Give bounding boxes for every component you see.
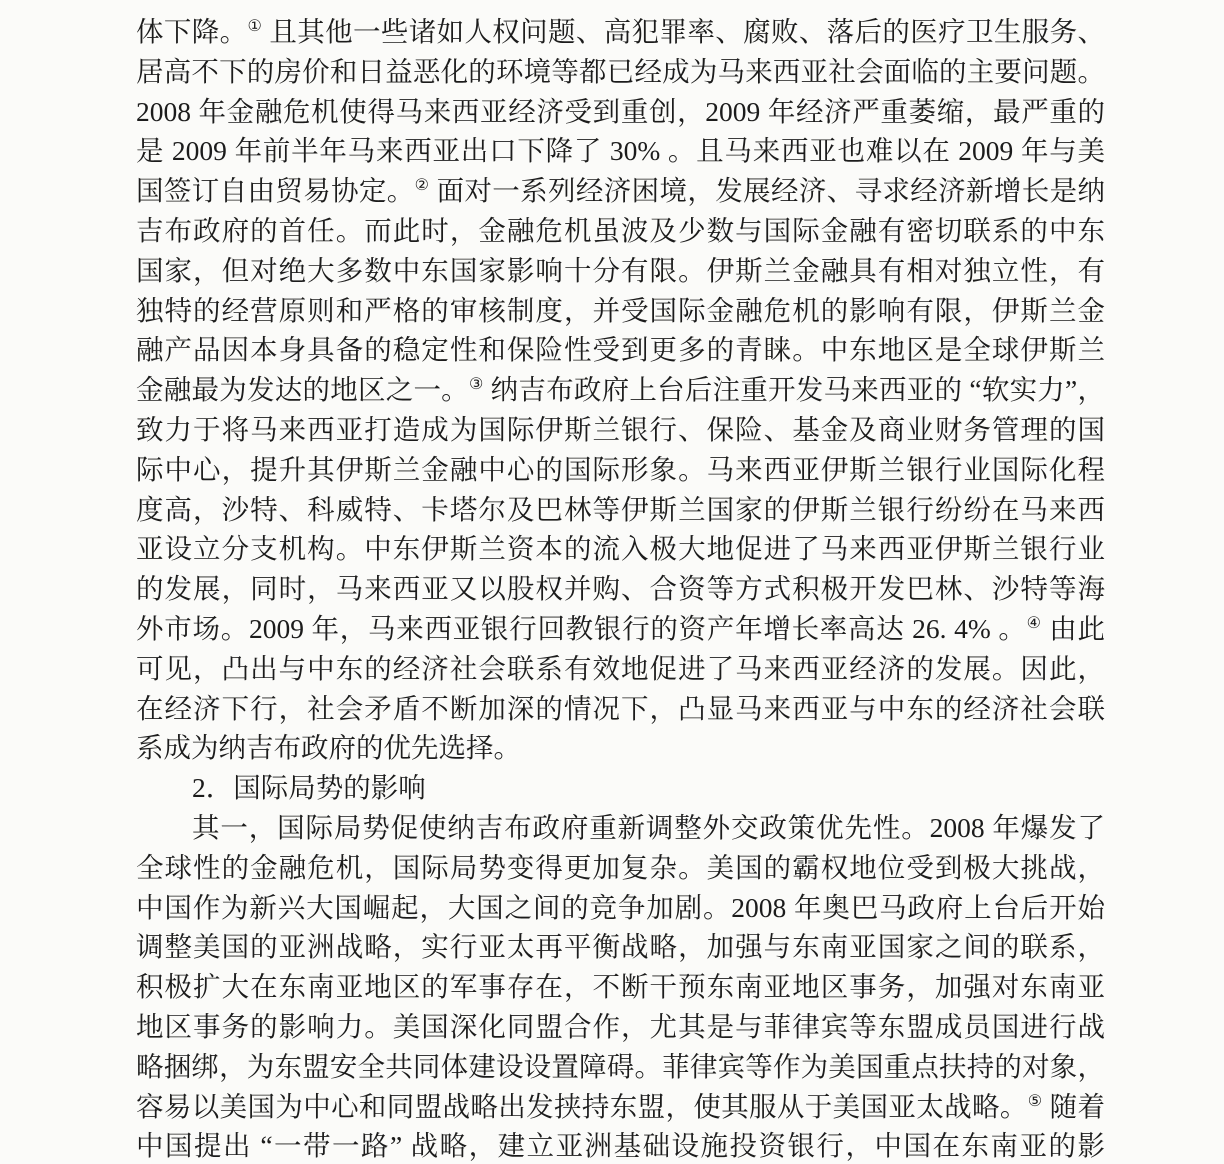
text-line: 体下降。① 且其他一些诸如人权问题、高犯罪率、腐败、落后的医疗卫生服务、 xyxy=(136,12,1105,52)
text-line: 调整美国的亚洲战略，实行亚太再平衡战略，加强与东南亚国家之间的联系， xyxy=(136,927,1105,967)
text-line: 度高，沙特、科威特、卡塔尔及巴林等伊斯兰国家的伊斯兰银行纷纷在马来西 xyxy=(136,490,1105,530)
footnote-marker: ① xyxy=(247,18,262,35)
text-line: 2．国际局势的影响 xyxy=(136,768,1105,808)
footnote-marker: ③ xyxy=(469,376,484,393)
text-line: 致力于将马来西亚打造成为国际伊斯兰银行、保险、基金及商业财务管理的国 xyxy=(136,410,1105,450)
text-line: 居高不下的房价和日益恶化的环境等都已经成为马来西亚社会面临的主要问题。 xyxy=(136,52,1105,92)
text-line: 其一，国际局势促使纳吉布政府重新调整外交政策优先性。2008 年爆发了 xyxy=(136,808,1105,848)
document-page: 体下降。① 且其他一些诸如人权问题、高犯罪率、腐败、落后的医疗卫生服务、居高不下… xyxy=(0,0,1224,1164)
text-line: 中国提出 “一带一路” 战略，建立亚洲基础设施投资银行，中国在东南亚的影 xyxy=(136,1126,1105,1164)
text-line: 外市场。2009 年，马来西亚银行回教银行的资产年增长率高达 26. 4% 。④… xyxy=(136,609,1105,649)
footnote-marker: ⑤ xyxy=(1028,1092,1043,1109)
text-line: 容易以美国为中心和同盟战略出发挟持东盟，使其服从于美国亚太战略。⑤ 随着 xyxy=(136,1087,1105,1127)
text-line: 融产品因本身具备的稳定性和保险性受到更多的青睐。中东地区是全球伊斯兰 xyxy=(136,330,1105,370)
text-line: 在经济下行，社会矛盾不断加深的情况下，凸显马来西亚与中东的经济社会联 xyxy=(136,689,1105,729)
text-line: 系成为纳吉布政府的优先选择。 xyxy=(136,728,1105,768)
footnote-marker: ④ xyxy=(1027,615,1042,632)
text-line: 的发展，同时，马来西亚又以股权并购、合资等方式积极开发巴林、沙特等海 xyxy=(136,569,1105,609)
text-line: 国家，但对绝大多数中东国家影响十分有限。伊斯兰金融具有相对独立性，有 xyxy=(136,251,1105,291)
text-line: 地区事务的影响力。美国深化同盟合作，尤其是与菲律宾等东盟成员国进行战 xyxy=(136,1007,1105,1047)
text-line: 全球性的金融危机，国际局势变得更加复杂。美国的霸权地位受到极大挑战， xyxy=(136,848,1105,888)
text-line: 亚设立分支机构。中东伊斯兰资本的流入极大地促进了马来西亚伊斯兰银行业 xyxy=(136,529,1105,569)
text-line: 积极扩大在东南亚地区的军事存在，不断干预东南亚地区事务，加强对东南亚 xyxy=(136,967,1105,1007)
text-line: 略捆绑，为东盟安全共同体建设设置障碍。菲律宾等作为美国重点扶持的对象， xyxy=(136,1047,1105,1087)
footnote-marker: ② xyxy=(415,177,430,194)
text-line: 独特的经营原则和严格的审核制度，并受国际金融危机的影响有限，伊斯兰金 xyxy=(136,291,1105,331)
text-line: 吉布政府的首任。而此时，金融危机虽波及少数与国际金融有密切联系的中东 xyxy=(136,211,1105,251)
text-line: 金融最为发达的地区之一。③ 纳吉布政府上台后注重开发马来西亚的 “软实力”， xyxy=(136,370,1105,410)
text-line: 国签订自由贸易协定。② 面对一系列经济困境，发展经济、寻求经济新增长是纳 xyxy=(136,171,1105,211)
text-line: 可见，凸出与中东的经济社会联系有效地促进了马来西亚经济的发展。因此， xyxy=(136,649,1105,689)
text-line: 是 2009 年前半年马来西亚出口下降了 30% 。且马来西亚也难以在 2009… xyxy=(136,131,1105,171)
page-text: 体下降。① 且其他一些诸如人权问题、高犯罪率、腐败、落后的医疗卫生服务、居高不下… xyxy=(136,12,1105,1164)
text-line: 2008 年金融危机使得马来西亚经济受到重创，2009 年经济严重萎缩，最严重的 xyxy=(136,92,1105,132)
text-line: 际中心，提升其伊斯兰金融中心的国际形象。马来西亚伊斯兰银行业国际化程 xyxy=(136,450,1105,490)
text-line: 中国作为新兴大国崛起，大国之间的竞争加剧。2008 年奥巴马政府上台后开始 xyxy=(136,888,1105,928)
